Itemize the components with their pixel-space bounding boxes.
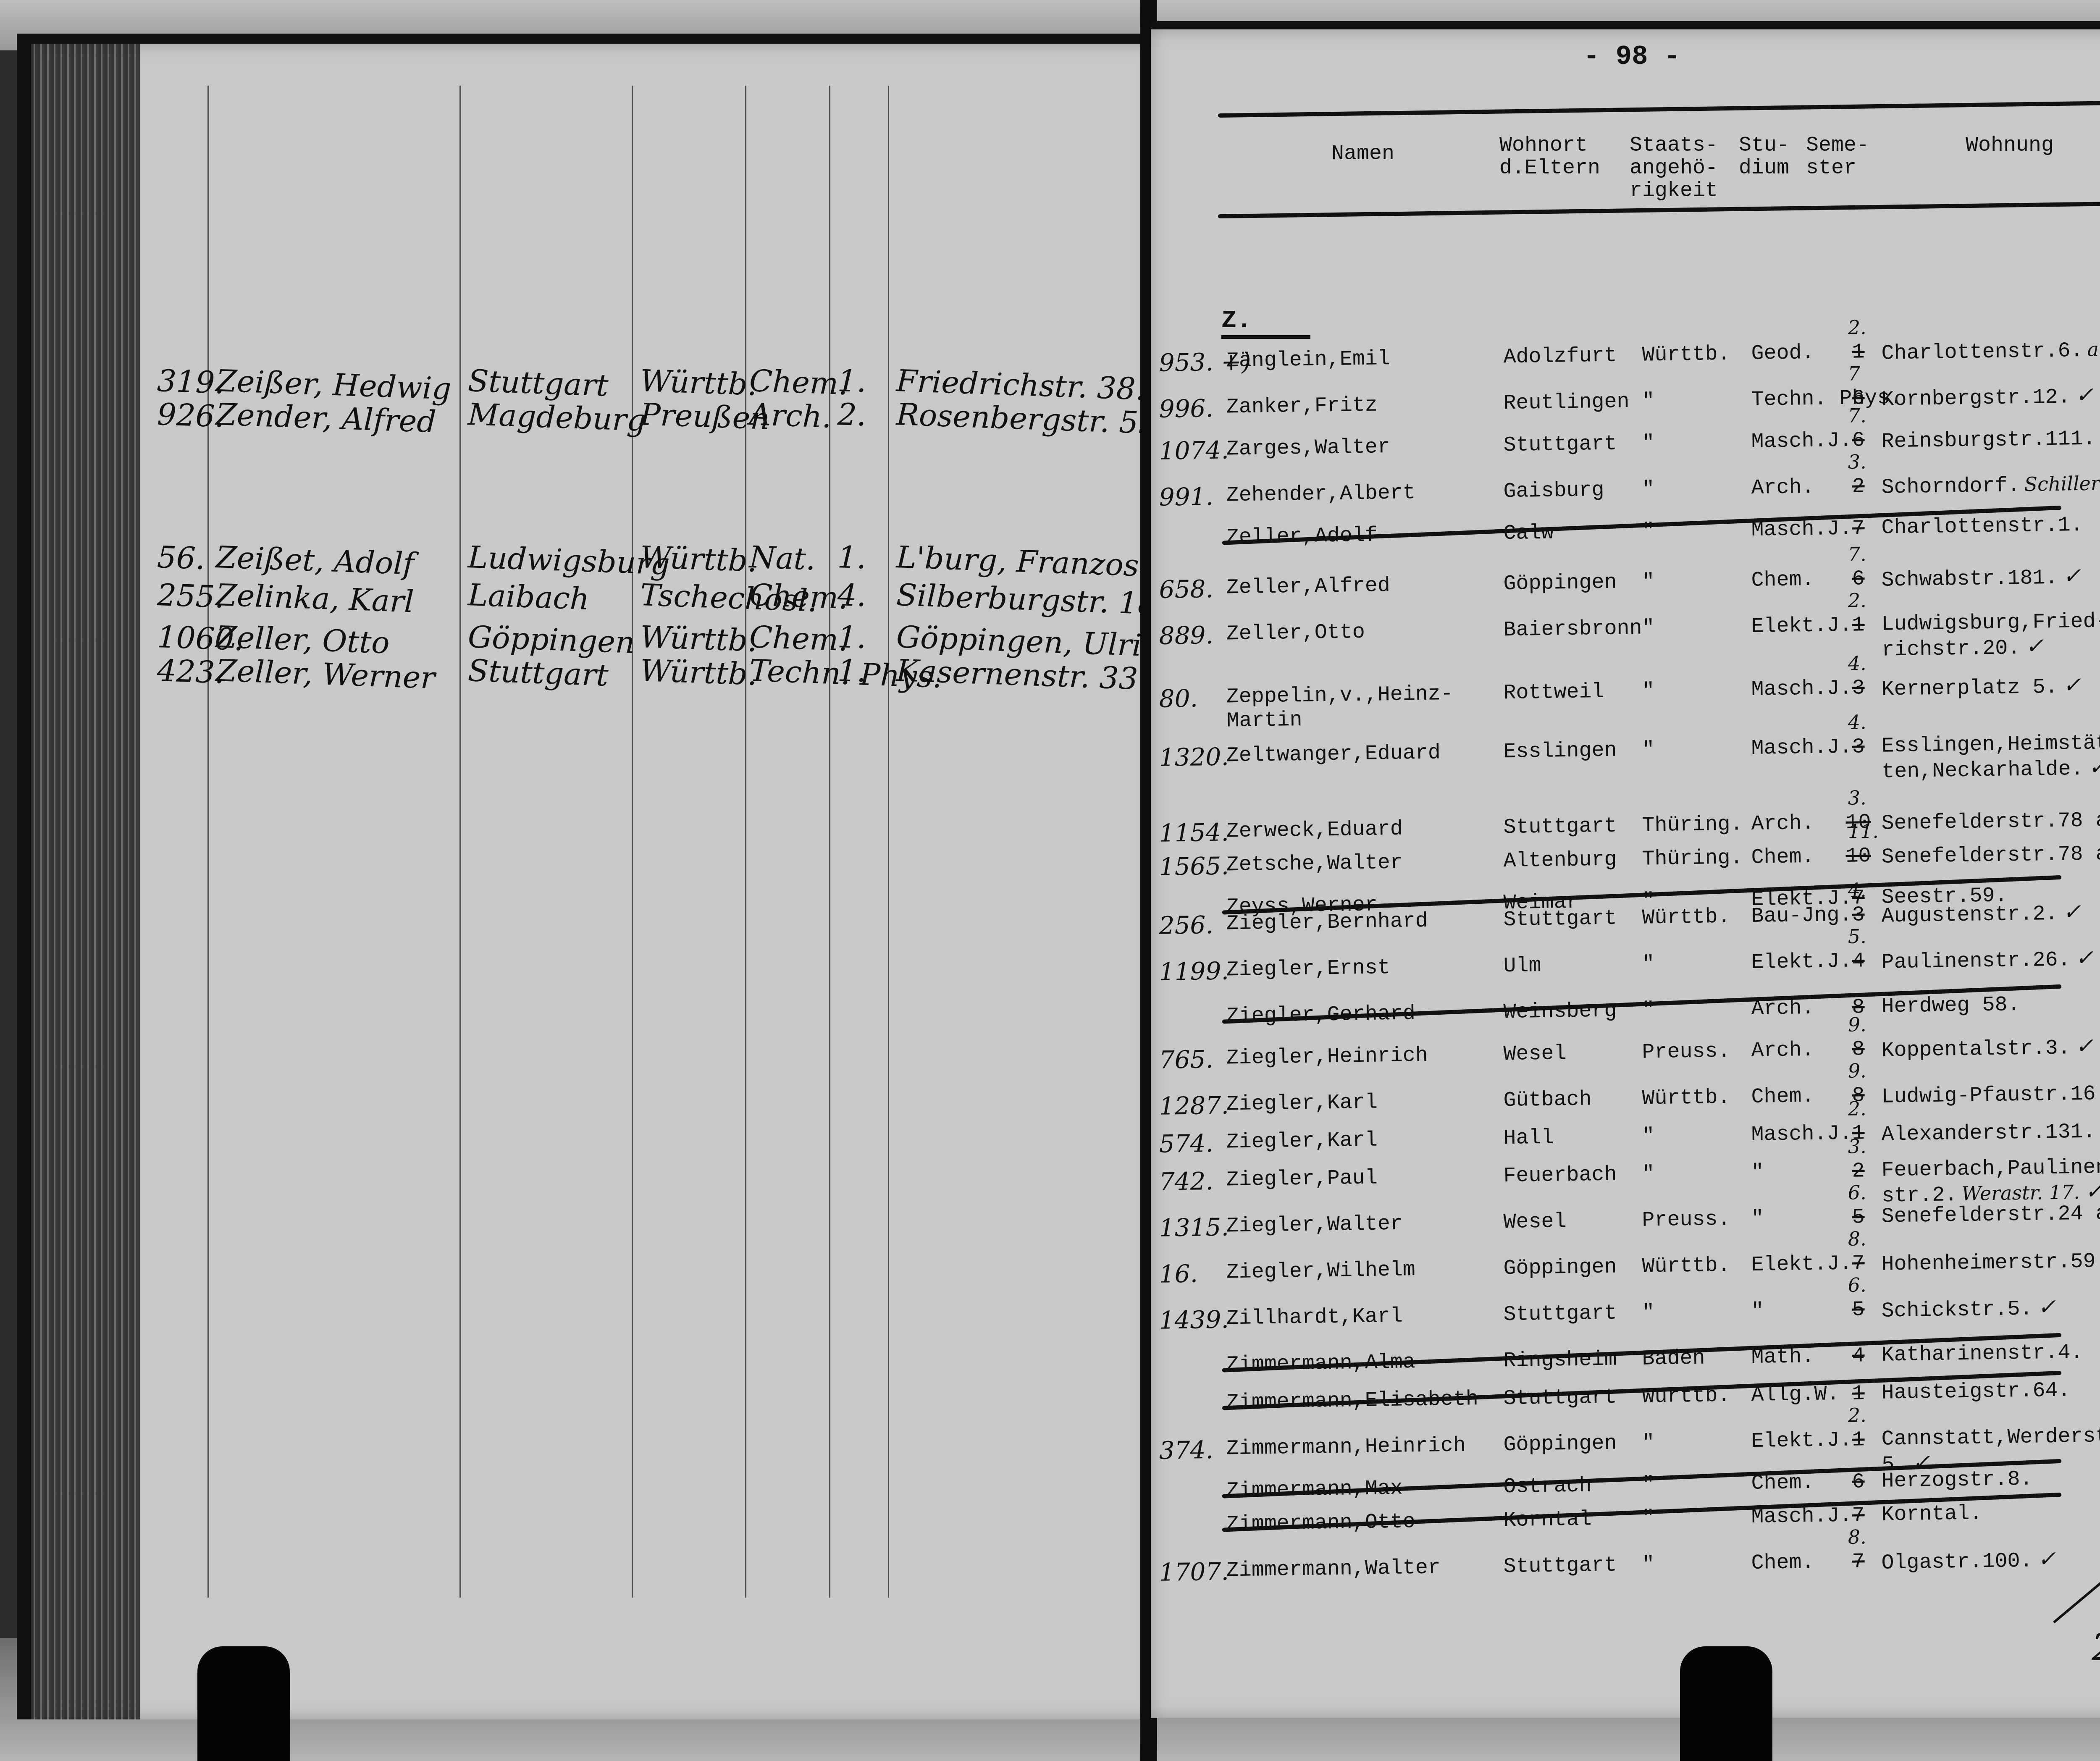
citizenship: " <box>1642 998 1655 1022</box>
citizenship: " <box>1642 478 1655 501</box>
hw-studium: Nat. <box>749 539 816 577</box>
field-of-study: Masch.J. <box>1751 517 1852 542</box>
address-text: Hohenheimerstr.59. <box>1881 1249 2100 1277</box>
parents-residence: Stuttgart <box>1503 432 1617 458</box>
citizenship: " <box>1642 520 1655 543</box>
semester-old: 2 <box>1852 475 1865 499</box>
semester-cell: 8.7 <box>1845 1252 1871 1276</box>
semester-new: 2. <box>1848 1404 1866 1427</box>
matriculation-number: 374. <box>1159 1436 1213 1465</box>
semester-new: 4. <box>1848 879 1866 902</box>
semester-cell: 7 <box>1845 517 1871 541</box>
student-name: Zimmermann,Otto <box>1226 1510 1415 1536</box>
handwritten-annotation: Schillerstr.22. <box>2024 471 2100 496</box>
matriculation-number: 80. <box>1159 684 1198 713</box>
checkmark-icon: ✓ <box>2075 1034 2094 1059</box>
parents-residence: Göppingen <box>1503 1432 1617 1457</box>
parents-residence: Gaisburg <box>1503 478 1604 504</box>
student-name: Zeltwanger,Eduard <box>1226 741 1441 768</box>
matriculation-number: 1565. <box>1159 851 1229 881</box>
citizenship: Thüring. <box>1642 846 1743 871</box>
hw-semester: 1. <box>837 539 867 575</box>
citizenship: Preuss. <box>1642 1039 1730 1065</box>
student-name: Zimmermann,Elisabeth <box>1226 1387 1478 1415</box>
semester-cell: 5.4 <box>1845 949 1871 974</box>
section-letter: Z. <box>1221 307 1310 339</box>
semester-new: 7. <box>1848 404 1866 427</box>
semester-new: 3. <box>1848 1135 1866 1158</box>
semester-new: 9. <box>1848 1013 1866 1036</box>
column-rule <box>829 86 830 1598</box>
matriculation-number: 1439. <box>1159 1305 1229 1334</box>
hw-name: Zeißet, Adolf <box>215 539 415 581</box>
semester-cell: 1 <box>1845 1382 1871 1406</box>
parents-residence: Stuttgart <box>1503 814 1617 840</box>
parents-residence: Altenburg <box>1503 848 1617 874</box>
student-name: Zeller,Adolf <box>1226 523 1378 549</box>
column-rule <box>888 86 889 1598</box>
field-of-study: " <box>1751 1299 1764 1323</box>
checkmark-icon: ✓ <box>2075 945 2094 971</box>
semester-new: 4. <box>1848 711 1866 734</box>
parents-residence: Calw <box>1503 521 1554 546</box>
matriculation-number: 1287. <box>1159 1091 1229 1120</box>
hw-num: 926. <box>157 396 225 434</box>
address-text: Paulinenstr.26. <box>1881 948 2071 974</box>
address-text: Senefelderstr.78 a. <box>1881 808 2100 836</box>
header-semester: Seme- ster <box>1806 134 1869 180</box>
semester-cell: 6.5 <box>1845 1298 1871 1322</box>
parents-residence: Reutlingen <box>1503 390 1630 415</box>
semester-cell: 2.1 <box>1845 1428 1871 1452</box>
field-of-study: Masch.J. <box>1751 677 1852 702</box>
hw-semester: 1. <box>837 619 867 655</box>
student-name: Zetsche,Walter <box>1226 851 1403 877</box>
semester-old: 7 <box>1852 1550 1865 1574</box>
semester-old: 1 <box>1852 1382 1865 1406</box>
semester-old: 3 <box>1852 903 1865 927</box>
address-text: Korntal. <box>1881 1501 1982 1527</box>
field-of-study: Geod. <box>1751 341 1814 366</box>
entry-row: 1707.Zimmermann,WalterStuttgart"Chem.8.7… <box>1150 1544 2100 1600</box>
field-of-study: Chem. <box>1751 1551 1814 1575</box>
hw-name: Zelinka, Karl <box>215 577 415 619</box>
matriculation-number: 996. <box>1159 394 1213 423</box>
citizenship: Baden <box>1642 1346 1705 1371</box>
left-page: 319.Zeißer, HedwigStuttgartWürttb.Chem.1… <box>17 34 1157 1719</box>
citizenship: " <box>1642 389 1655 413</box>
hw-name: Zeller, Werner <box>215 653 436 695</box>
matriculation-number: 1320. <box>1159 742 1229 772</box>
page-stack-edges <box>31 44 140 1719</box>
parents-residence: Ringsheim <box>1503 1348 1617 1373</box>
address-text: Senefelderstr.24 a. <box>1881 1202 2100 1229</box>
address-text: Kornbergstr.12. <box>1881 385 2071 412</box>
checkmark-icon: ✓ <box>2088 754 2100 780</box>
field-of-study: Chem. <box>1751 568 1814 593</box>
student-name: Zimmermann,Max <box>1226 1477 1403 1503</box>
hw-staat: Württb. <box>640 539 758 579</box>
semester-old: 1 <box>1852 340 1865 364</box>
hw-studium: Chem. <box>749 363 849 402</box>
matriculation-number: 574. <box>1159 1129 1213 1158</box>
semester-new: 4. <box>1848 652 1866 675</box>
matriculation-number: 256. <box>1159 911 1213 940</box>
hw-num: 56. <box>157 539 206 576</box>
citizenship: Württb. <box>1642 905 1730 930</box>
residence-address: Koppentalstr.3.✓ <box>1881 1034 2094 1063</box>
matriculation-number: 765. <box>1159 1045 1213 1074</box>
semester-new: 6. <box>1848 1181 1866 1204</box>
student-name: Zehender,Albert <box>1226 481 1415 507</box>
parents-residence: Stuttgart <box>1503 1554 1617 1579</box>
semester-cell: 7.6 <box>1845 428 1871 453</box>
parents-residence: Baiersbronn <box>1503 617 1642 643</box>
student-name: Ziegler,Bernhard <box>1226 909 1428 936</box>
student-name: Zillhardt,Karl <box>1226 1304 1403 1331</box>
hw-studium: Chem. <box>749 619 849 658</box>
parents-residence: Stuttgart <box>1503 1386 1617 1411</box>
semester-old: 2 <box>1852 1159 1865 1183</box>
citizenship: Württb. <box>1642 1384 1730 1409</box>
semester-old: 7 <box>1852 517 1865 541</box>
residence-address: Senefelderstr.78 a.Mühlstr. 26. <box>1881 839 2100 869</box>
column-rule <box>745 86 746 1598</box>
address-text: Herdweg 58. <box>1881 993 2020 1019</box>
hw-studium: Chem. <box>749 577 849 616</box>
student-name: Zanker,Fritz <box>1226 393 1378 419</box>
checkmark-icon: ✓ <box>2025 633 2044 659</box>
parents-residence: Hall <box>1503 1126 1554 1151</box>
student-name: Ziegler,Paul <box>1226 1166 1378 1192</box>
field-of-study: Masch.J. <box>1751 1122 1852 1147</box>
entry-row: 80.Zeppelin,v.,Heinz- MartinRottweil"Mas… <box>1150 670 2100 727</box>
book-clip-right <box>1680 1646 1772 1761</box>
hw-staat: Württb. <box>640 653 758 692</box>
hw-ort: Laibach <box>467 577 590 617</box>
student-name: Ziegler,Heinrich <box>1226 1044 1428 1071</box>
handwritten-row: 423.Zeller, WernerStuttgartWürttb.Techn.… <box>31 653 1157 690</box>
field-of-study: Masch.J. <box>1751 429 1852 454</box>
field-of-study: Bau-Jng. <box>1751 903 1852 929</box>
header-wohnung: Wohnung <box>1966 134 2054 157</box>
semester-old: 4 <box>1852 1344 1865 1368</box>
entry-row: 1320.Zeltwanger,EduardEsslingen"Masch.J.… <box>1150 729 2100 785</box>
semester-cell: 8.7 <box>1845 1550 1871 1574</box>
citizenship: " <box>1642 570 1655 594</box>
field-of-study: Masch.J. <box>1751 735 1852 761</box>
address-text: Charlottenstr.1. <box>1881 513 2083 540</box>
matriculation-number: 889. <box>1159 621 1213 650</box>
entry-row: 953. +)Zänglein,EmilAdolzfurtWürttb.Geod… <box>1150 334 2100 391</box>
hw-wohnung: Rosenbergstr. 59. <box>896 396 1168 441</box>
residence-address: Senefelderstr.78 a.Hauffstr. 90. <box>1881 806 2100 836</box>
hw-num: 423. <box>157 653 225 690</box>
student-name: Zimmermann,Heinrich <box>1226 1434 1466 1461</box>
column-rule <box>632 86 633 1598</box>
semester-new: 5. <box>1848 925 1866 948</box>
semester-new: 7. <box>1848 543 1866 566</box>
semester-old: 8 <box>1852 1037 1865 1061</box>
checkmark-icon: ✓ <box>2037 1546 2056 1572</box>
student-name: Zarges,Walter <box>1226 435 1390 461</box>
semester-cell: 4.3 <box>1845 676 1871 701</box>
semester-new: 2. <box>1848 1097 1866 1120</box>
checkmark-icon: ✓ <box>2037 1294 2056 1320</box>
handwritten-row: 1060.Zeller, OttoGöppingenWürttb.Chem.1.… <box>31 619 1157 657</box>
citizenship: " <box>1642 616 1655 640</box>
student-name: Zänglein,Emil <box>1226 347 1390 373</box>
entry-row: 16.Ziegler,WilhelmGöppingenWürttb.Elekt.… <box>1150 1246 2100 1302</box>
field-of-study: Arch. <box>1751 996 1814 1021</box>
semester-old: 7 <box>1852 1504 1865 1527</box>
semester-cell: 2.1 <box>1845 613 1871 638</box>
field-of-study: Chem. <box>1751 1084 1814 1109</box>
semester-old: 6 <box>1852 428 1865 452</box>
citizenship: " <box>1642 1162 1655 1186</box>
semester-cell: 3.2 <box>1845 1159 1871 1184</box>
semester-new: 3. <box>1848 450 1866 473</box>
parents-residence: Gütbach <box>1503 1087 1592 1113</box>
entry-row: 889.Zeller,OttoBaiersbronn"Elekt.J.2.1Lu… <box>1150 607 2100 664</box>
header-rule-bottom <box>1218 201 2100 218</box>
parents-residence: Göppingen <box>1503 571 1617 596</box>
residence-address: Katharinenstr.4. <box>1881 1341 2083 1367</box>
address-text: Charlottenstr.6. <box>1881 339 2083 366</box>
residence-address: Hohenheimerstr.59.Göppingen, Ulrichstr. … <box>1881 1245 2100 1277</box>
citizenship: " <box>1642 738 1655 762</box>
field-of-study: " <box>1751 1207 1764 1231</box>
address-text: Schorndorf. <box>1881 474 2020 500</box>
parents-residence: Adolzfurt <box>1503 344 1617 370</box>
hw-ort: Magdeburg <box>467 396 647 438</box>
field-of-study: Elekt.J. <box>1751 1428 1852 1454</box>
address-text: Olgastr.100. <box>1881 1549 2033 1575</box>
semester-old: 4 <box>1852 949 1865 973</box>
semester-cell: 4.3 <box>1845 735 1871 759</box>
semester-old: 1 <box>1852 613 1865 637</box>
residence-address: Kernerplatz 5.✓ <box>1881 673 2081 702</box>
parents-residence: Korntal <box>1503 1507 1592 1533</box>
citizenship: " <box>1642 952 1655 976</box>
residence-address: Herzogstr.8. <box>1881 1468 2033 1493</box>
matriculation-number: 991. <box>1159 482 1213 512</box>
field-of-study: Arch. <box>1751 811 1814 836</box>
field-of-study: Techn. Phys. <box>1751 386 1903 412</box>
semester-old: 1 <box>1852 1428 1865 1452</box>
semester-new: 2. <box>1848 589 1866 612</box>
semester-old: 6 <box>1852 1470 1865 1494</box>
semester-new: 7 <box>1848 362 1860 385</box>
field-of-study: Math. <box>1751 1345 1814 1370</box>
student-name: Zeller,Alfred <box>1226 574 1390 600</box>
residence-address: Schickstr.5.✓ <box>1881 1295 2056 1323</box>
hw-ort: Stuttgart <box>467 653 609 693</box>
address-text: Ludwig-Pfaustr.16. <box>1881 1082 2100 1109</box>
column-rule <box>207 86 209 1598</box>
address-text: Schwabstr.181. <box>1881 566 2058 593</box>
student-name: Zeller,Otto <box>1226 620 1365 646</box>
semester-old: 5 <box>1852 1205 1865 1229</box>
residence-address: Herdweg 58. <box>1881 993 2020 1019</box>
student-name: Ziegler,Karl <box>1226 1090 1378 1116</box>
student-name: Ziegler,Karl <box>1226 1128 1378 1154</box>
residence-address: Korntal. <box>1881 1502 1982 1527</box>
hw-name: Zender, Alfred <box>215 396 437 439</box>
citizenship: " <box>1642 1473 1655 1497</box>
residence-address: Senefelderstr.24 a. <box>1881 1202 2100 1229</box>
semester-new: 3. <box>1848 786 1866 809</box>
field-of-study: Elekt.J. <box>1751 950 1852 975</box>
semester-cell: 2.1 <box>1845 340 1871 365</box>
address-text: Ludwigsburg,Fried- richstr.20. <box>1881 609 2100 662</box>
parents-residence: Esslingen <box>1503 739 1617 764</box>
checkmark-icon: ✓ <box>2075 383 2094 408</box>
corner-number: 24 <box>2092 1625 2100 1669</box>
semester-cell: 11.10 <box>1845 844 1871 869</box>
header-namen: Namen <box>1331 143 1394 165</box>
matriculation-number: 1707. <box>1159 1557 1229 1586</box>
entry-row: 1315.Ziegler,WalterWeselPreuss."6.5Senef… <box>1150 1199 2100 1256</box>
semester-cell: 4.3 <box>1845 903 1871 927</box>
semester-old: 3 <box>1852 676 1865 700</box>
residence-address: Alexanderstr.131.✓ <box>1881 1118 2100 1147</box>
hw-semester: 4. <box>837 577 867 613</box>
checkmark-icon: ✓ <box>2063 672 2081 698</box>
handwritten-row: 319.Zeißer, HedwigStuttgartWürttb.Chem.1… <box>31 363 1157 401</box>
semester-old: 5 <box>1852 1298 1865 1322</box>
residence-address: Reinsburgstr.111.✓ <box>1881 425 2100 454</box>
citizenship: " <box>1642 1301 1655 1325</box>
address-text: Herzogstr.8. <box>1881 1467 2033 1493</box>
handwritten-row: 255.Zelinka, KarlLaibachTschechosl.Chem.… <box>31 577 1157 615</box>
field-of-study: Arch. <box>1751 475 1814 500</box>
field-of-study: Chem. <box>1751 1471 1814 1496</box>
matriculation-number: 16. <box>1159 1259 1198 1288</box>
handwritten-row: 926.Zender, AlfredMagdeburgPreußenArch.2… <box>31 396 1157 434</box>
matriculation-number: 1315. <box>1159 1212 1229 1242</box>
semester-new: 8. <box>1848 1525 1866 1548</box>
address-text: Hausteigstr.64. <box>1881 1378 2071 1405</box>
handwritten-row: 56.Zeißet, AdolfLudwigsburgWürttb.Nat.1.… <box>31 539 1157 577</box>
student-name: Ziegler,Gerhard <box>1226 1002 1415 1028</box>
hw-semester: 1. <box>837 363 867 399</box>
handwritten-annotation: a <box>2087 338 2099 360</box>
student-name: Zeppelin,v.,Heinz- Martin <box>1226 682 1454 733</box>
citizenship: Württb. <box>1642 1254 1730 1279</box>
semester-cell: 7.6 <box>1845 567 1871 591</box>
semester-cell: 6.5 <box>1845 1205 1871 1230</box>
residence-address: Ludwig-Pfaustr.16.✓ <box>1881 1080 2100 1109</box>
page-number: - 98 - <box>1583 42 1680 72</box>
column-rule <box>459 86 461 1598</box>
parents-residence: Feuerbach <box>1503 1163 1617 1189</box>
address-text: Kernerplatz 5. <box>1881 675 2058 702</box>
residence-address: Hausteigstr.64. <box>1881 1379 2071 1405</box>
semester-cell: 4 <box>1845 1344 1871 1368</box>
citizenship: Württb. <box>1642 1086 1730 1111</box>
semester-old: 6 <box>1852 567 1865 591</box>
checkmark-icon: ✓ <box>2063 563 2081 589</box>
hw-studium: Arch. <box>749 396 832 435</box>
semester-cell: 6 <box>1845 1470 1871 1494</box>
entry-row: 658.Zeller,AlfredGöppingen"Chem.7.6Schwa… <box>1150 561 2100 617</box>
parents-residence: Stuttgart <box>1503 1302 1617 1327</box>
field-of-study: Elekt.J. <box>1751 614 1852 639</box>
header-rule-top <box>1218 100 2100 118</box>
field-of-study: Masch.J. <box>1751 1504 1852 1529</box>
semester-new: 8. <box>1848 1227 1866 1250</box>
address-text: Reinsburgstr.111. <box>1881 427 2096 454</box>
address-text: Katharinenstr.4. <box>1881 1341 2083 1367</box>
residence-address: Olgastr.100.✓ <box>1881 1547 2056 1575</box>
citizenship: " <box>1642 1553 1655 1577</box>
header-studium: Stu- dium <box>1739 134 1789 180</box>
student-name: Ziegler,Wilhelm <box>1226 1258 1415 1284</box>
matriculation-number: 1074. <box>1159 436 1229 465</box>
matriculation-number: 1199. <box>1159 956 1229 986</box>
residence-address: Augustenstr.2.✓ <box>1881 900 2081 929</box>
semester-new: 11. <box>1848 820 1879 843</box>
residence-address: Schorndorf.Schillerstr.22. <box>1881 470 2100 499</box>
field-of-study: " <box>1751 1161 1764 1185</box>
residence-address: Charlottenstr.1. <box>1881 514 2083 540</box>
semester-new: 6. <box>1848 1273 1866 1296</box>
address-text: Augustenstr.2. <box>1881 902 2058 929</box>
citizenship: " <box>1642 1431 1655 1455</box>
residence-address: Ludwigsburg,Fried- richstr.20.✓ <box>1881 610 2100 662</box>
parents-residence: Ostrach <box>1503 1474 1592 1499</box>
parents-residence: Ulm <box>1503 954 1541 978</box>
residence-address: Esslingen,Heimstät- ten,Neckarhalde.✓ <box>1881 732 2100 784</box>
matriculation-number: 1154. <box>1159 818 1229 847</box>
residence-address: Schwabstr.181.✓ <box>1881 564 2081 593</box>
semester-old: 7 <box>1852 1252 1865 1275</box>
citizenship: Preuss. <box>1642 1207 1730 1233</box>
hw-num: 255. <box>157 577 225 615</box>
student-name: Ziegler,Walter <box>1226 1212 1403 1239</box>
student-name: Zimmermann,Walter <box>1226 1556 1441 1583</box>
student-name: Zimmermann,Alma <box>1226 1350 1415 1377</box>
matriculation-number: 742. <box>1159 1167 1213 1196</box>
citizenship: Württb. <box>1642 342 1730 367</box>
parents-residence: Rottweil <box>1503 680 1604 705</box>
residence-address: Kornbergstr.12.✓ <box>1881 383 2094 412</box>
student-name: Zerweck,Eduard <box>1226 817 1403 844</box>
parents-residence: Weinsberg <box>1503 999 1617 1025</box>
address-text: Koppentalstr.3. <box>1881 1036 2071 1063</box>
semester-new: 2. <box>1848 316 1866 339</box>
parents-residence: Stuttgart <box>1503 907 1617 932</box>
citizenship: " <box>1642 431 1655 455</box>
address-text: Senefelderstr.78 a. <box>1881 842 2100 869</box>
parents-residence: Göppingen <box>1503 1255 1617 1281</box>
header-wohnort: Wohnort d.Eltern <box>1499 134 1600 180</box>
semester-new: 9. <box>1848 1059 1866 1082</box>
citizenship: " <box>1642 1506 1655 1530</box>
right-page: - 98 - Namen Wohnort d.Eltern Staats- an… <box>1151 21 2100 1718</box>
semester-cell: 9.8 <box>1845 1037 1871 1062</box>
semester-old: 10 <box>1845 844 1871 869</box>
residence-address: Feuerbach,Paulinen- str.2.Werastr. 17.✓ <box>1881 1156 2100 1208</box>
semester-old: 3 <box>1852 735 1865 759</box>
hw-num: 319. <box>157 363 225 401</box>
field-of-study: Chem. <box>1751 845 1814 870</box>
address-text: Esslingen,Heimstät- ten,Neckarhalde. <box>1881 731 2100 784</box>
hw-semester: 2. <box>837 396 867 433</box>
citizenship: " <box>1642 1124 1655 1148</box>
address-text: Schickstr.5. <box>1881 1297 2033 1323</box>
